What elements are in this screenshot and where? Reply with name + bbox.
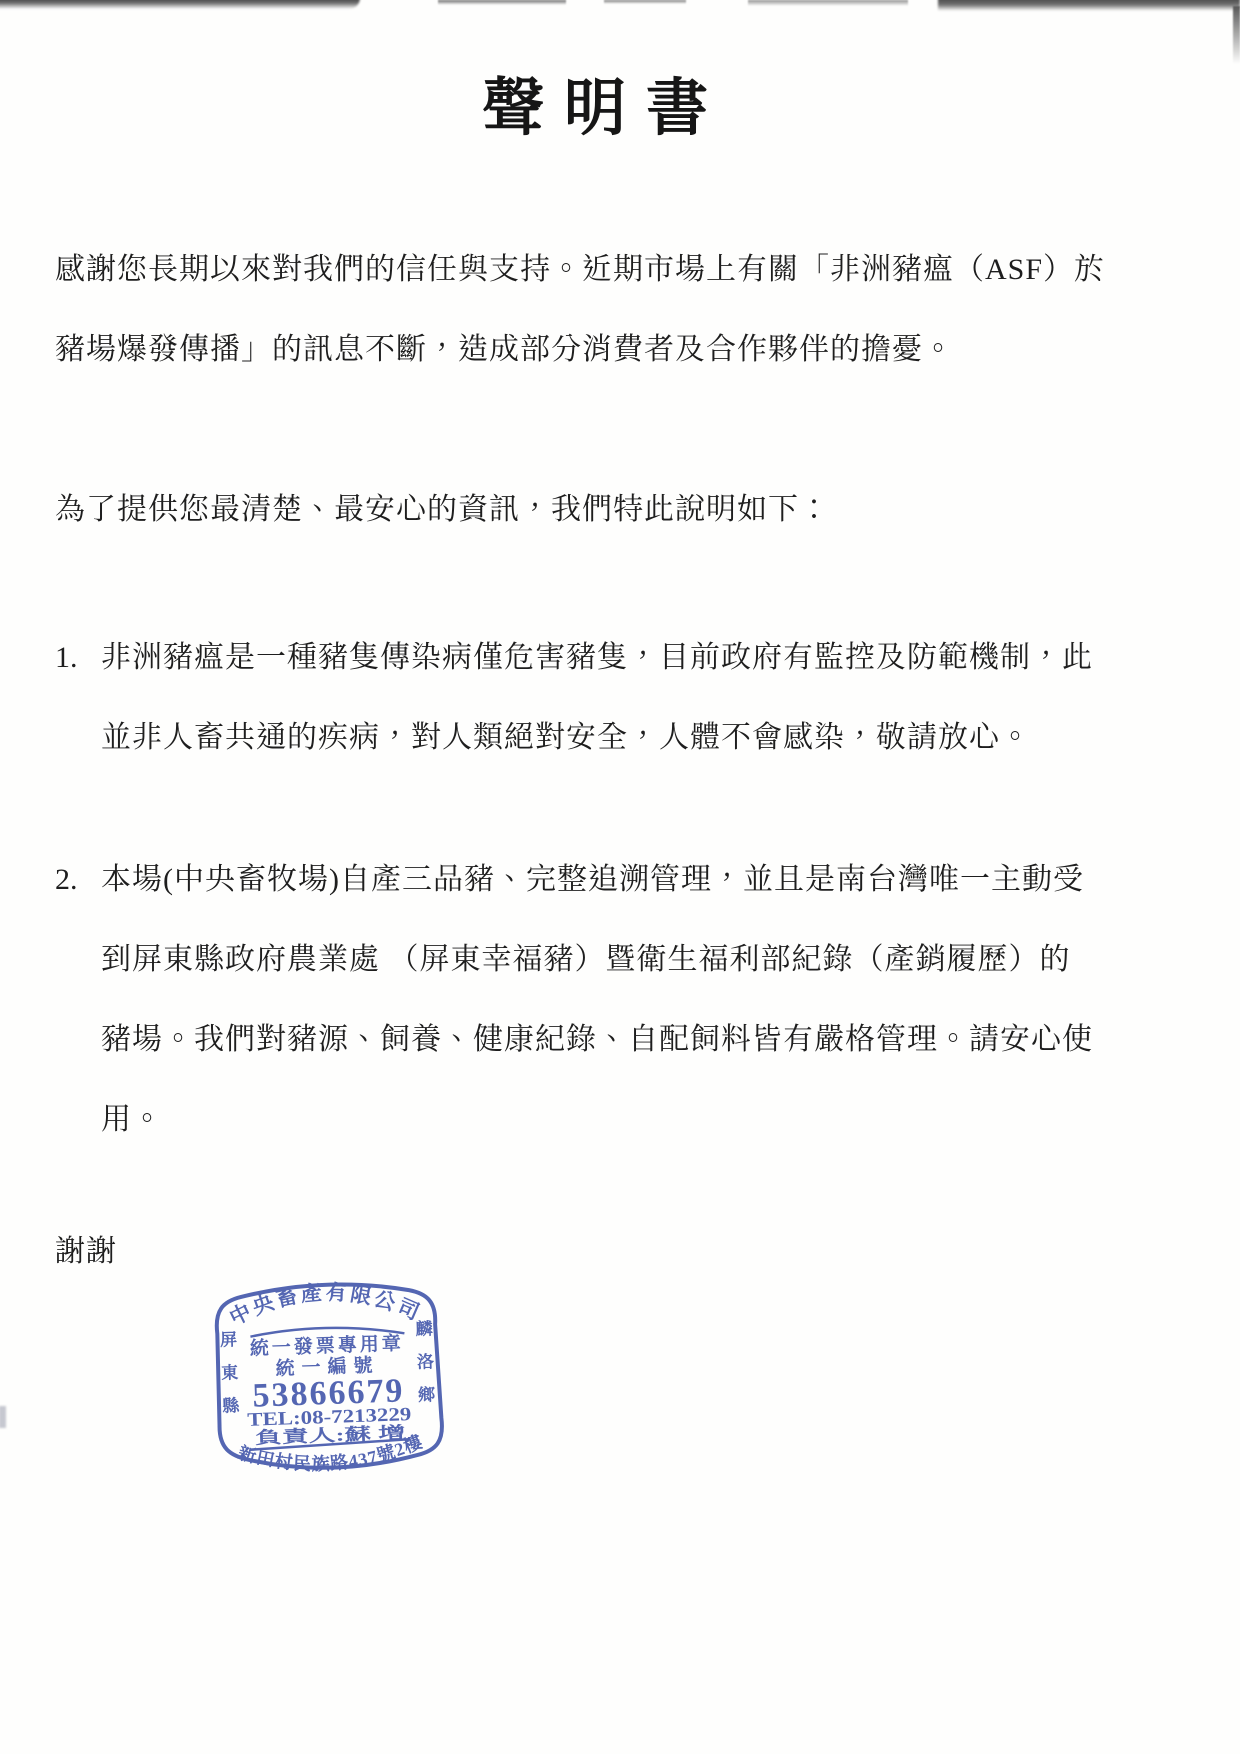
purpose-paragraph: 為了提供您最清楚、最安心的資訊，我們特此說明如下：: [55, 470, 1185, 550]
closing-paragraph: 謝謝: [55, 1212, 1185, 1292]
paragraph-line: 本場(中央畜牧場)自產三品豬、完整追溯管理，並且是南台灣唯一主動受: [101, 840, 1185, 920]
company-stamp: 中央畜產有限公司 統一發票專用章 統一編號 53866679 TEL:08-72…: [205, 1276, 452, 1484]
paragraph-line: 非洲豬瘟是一種豬隻傳染病僅危害豬隻，目前政府有監控及防範機制，此: [101, 618, 1185, 698]
document-title: 聲明書: [55, 78, 1185, 140]
paragraph-line: 並非人畜共通的疾病，對人類絕對安全，人體不會感染，敬請放心。: [101, 698, 1185, 778]
intro-paragraph: 感謝您長期以來對我們的信任與支持。近期市場上有關「非洲豬瘟（ASF）於 豬場爆發…: [55, 230, 1185, 390]
list-item-number: 1.: [55, 618, 101, 698]
scanned-declaration-page: 聲明書 感謝您長期以來對我們的信任與支持。近期市場上有關「非洲豬瘟（ASF）於 …: [0, 0, 1240, 1754]
paragraph-line: 到屏東縣政府農業處 （屏東幸福豬）暨衛生福利部紀錄（產銷履歷）的: [101, 920, 1185, 1000]
paragraph-line: 為了提供您最清楚、最安心的資訊，我們特此說明如下：: [55, 470, 1185, 550]
paragraph-line: 用。: [101, 1080, 1185, 1160]
list-item-1: 1. 非洲豬瘟是一種豬隻傳染病僅危害豬隻，目前政府有監控及防範機制，此 並非人畜…: [55, 618, 1185, 778]
list-item-2: 2. 本場(中央畜牧場)自產三品豬、完整追溯管理，並且是南台灣唯一主動受 到屏東…: [55, 840, 1185, 1160]
stamp-county-left: 屏東縣: [220, 1330, 241, 1416]
stamp-township-right: 麟洛鄉: [415, 1318, 436, 1405]
stamp-chop-type: 統一發票專用章: [249, 1331, 404, 1359]
stamp-graphic: 中央畜產有限公司 統一發票專用章 統一編號 53866679 TEL:08-72…: [205, 1276, 452, 1484]
list-item-number: 2.: [55, 840, 101, 920]
scan-artifact: [0, 1406, 6, 1428]
closing-text: 謝謝: [55, 1212, 1185, 1292]
paragraph-line: 豬場。我們對豬源、飼養、健康紀錄、自配飼料皆有嚴格管理。請安心使: [101, 1000, 1185, 1080]
paragraph-line: 感謝您長期以來對我們的信任與支持。近期市場上有關「非洲豬瘟（ASF）於: [55, 230, 1185, 310]
document-body: 聲明書 感謝您長期以來對我們的信任與支持。近期市場上有關「非洲豬瘟（ASF）於 …: [0, 0, 1240, 1292]
paragraph-line: 豬場爆發傳播」的訊息不斷，造成部分消費者及合作夥伴的擔憂。: [55, 310, 1185, 390]
